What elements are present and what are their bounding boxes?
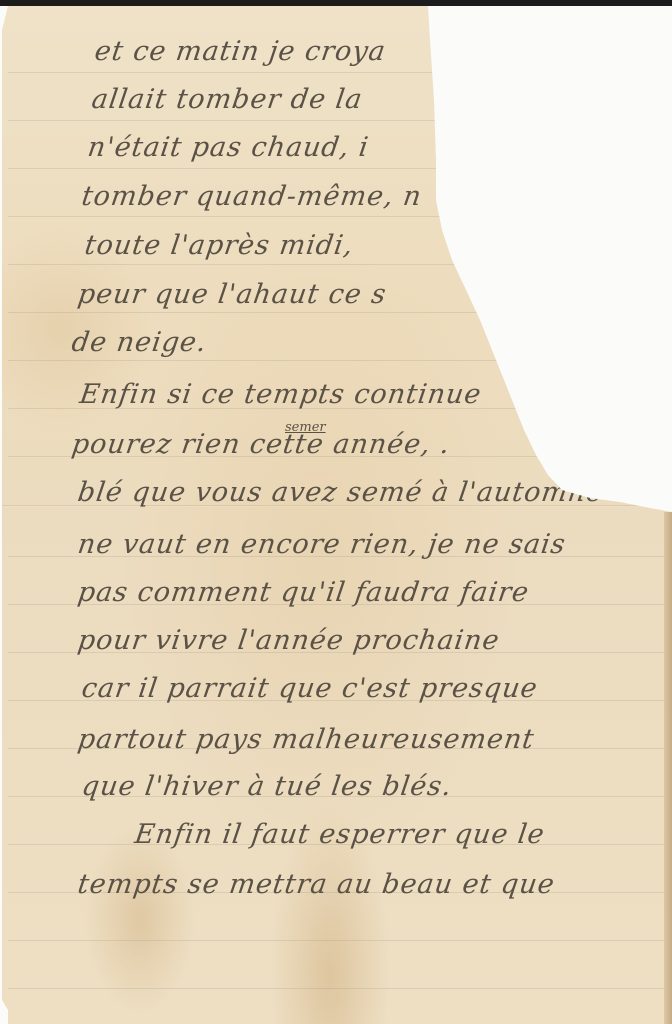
text-line: que l'hiver à tué les blés. xyxy=(80,773,454,800)
text-line: blé que vous avez semé à l'automne xyxy=(76,479,605,506)
letter-paper: et ce matin je croya allait tomber de la… xyxy=(0,0,672,1024)
text-line: Enfin si ce tempts continue xyxy=(78,381,483,408)
text-line: allait tomber de la xyxy=(90,86,364,113)
text-line: pas comment qu'il faudra faire xyxy=(76,579,531,606)
text-line: ne vaut en encore rien, je ne sais xyxy=(76,531,567,558)
text-line: partout pays malheureusement xyxy=(76,726,536,753)
text-line: n'était pas chaud, i xyxy=(86,134,371,161)
text-line: et ce matin je croya xyxy=(93,38,388,65)
text-line: toute l'après midi, xyxy=(83,232,355,259)
text-line: Enfin il faut esperrer que le xyxy=(133,821,546,848)
text-line: de neige. xyxy=(70,329,208,356)
text-line: peur que l'ahaut ce s xyxy=(76,281,388,308)
handwritten-text-block: et ce matin je croya allait tomber de la… xyxy=(0,0,672,1024)
scan-border-strip xyxy=(0,0,672,6)
text-line: car il parrait que c'est presque xyxy=(80,675,539,702)
text-line: pourez rien cette année, . xyxy=(70,431,452,458)
text-line: tomber quand-même, n xyxy=(80,183,424,210)
text-line: pour vivre l'année prochaine xyxy=(76,627,501,654)
text-line: tempts se mettra au beau et que xyxy=(76,871,557,898)
